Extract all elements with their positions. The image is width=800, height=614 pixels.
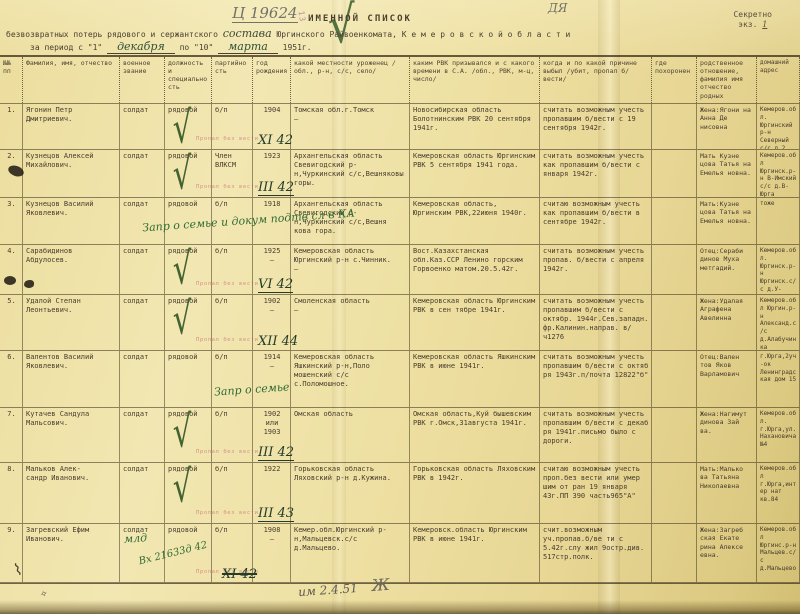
cell-burial <box>652 295 697 350</box>
col-header-birth-year: год рождения <box>253 57 291 103</box>
col-header-burial: где похоронен <box>652 57 697 103</box>
cell-position: рядовой <box>165 408 212 462</box>
col-header-name: Фамилия, имя, отчество <box>23 57 120 103</box>
cell-birth-year: 1914 — <box>253 351 291 407</box>
document-subtitle: безвозвратных потерь рядового и сержантс… <box>6 27 766 40</box>
cell-row-number: 3. <box>0 198 23 244</box>
cell-loss-reason: считать возможным учесть пропавшим б/вес… <box>540 295 652 350</box>
cell-birth-year: 1902 или 1903 <box>253 408 291 462</box>
cell-address: Кемеров.обл. г.Юрга,ул. Нахановича №4 <box>757 408 800 462</box>
cell-name: Кузнецов Алексей Михайлович. <box>23 150 120 197</box>
cell-party: б/п <box>212 295 253 350</box>
table-row: 3. Кузнецов Василий Яковлевич. солдат ря… <box>0 198 800 245</box>
cell-row-number: 8. <box>0 463 23 523</box>
cell-address: тоже <box>757 198 800 244</box>
handwritten-insert: состава <box>223 27 272 40</box>
col-header-number: №№ пп <box>0 57 23 103</box>
ink-scribble: ✧ <box>38 585 49 601</box>
handwritten-month: марта <box>218 40 278 54</box>
cell-drafted-by: Новосибирская область Болотнинским РВК 2… <box>410 104 540 149</box>
cell-address: Кемеров.обл г.Юрга,интер нат кв.84 <box>757 463 800 523</box>
cell-relatives: Мать Кузне цова Татья на Емелья новна. <box>697 150 757 197</box>
cell-drafted-by: Омская область,Куй бышевским РВК г.Омск,… <box>410 408 540 462</box>
document-header: Ц 19624 13 ДЯ √ Секретно экз. 1 ИМЕННОЙ … <box>0 0 800 55</box>
cell-burial <box>652 524 697 582</box>
col-header-drafted-by: каким РВК призывался и с какого времени … <box>410 57 540 103</box>
cell-burial <box>652 198 697 244</box>
cell-loss-reason: считать возможным учесть как пропавшим б… <box>540 150 652 197</box>
cell-drafted-by: Кемеровская область Юргинским РВК в сен … <box>410 295 540 350</box>
cell-birth-year: 1922 <box>253 463 291 523</box>
cell-loss-reason: считать возможным учесть пропавшим б/вес… <box>540 351 652 407</box>
cell-party: б/п <box>212 351 253 407</box>
cell-position: рядовой <box>165 524 212 582</box>
secret-label: Секретно <box>733 10 772 20</box>
cell-address: Кемеров.обл Юргинс.р-н Мальцев.с/с д.Мал… <box>757 524 800 582</box>
cell-name: Валентов Василий Яковлевич. <box>23 351 120 407</box>
cell-birth-year: 1904 <box>253 104 291 149</box>
cell-birthplace: Томская обл.г.Томск — <box>291 104 410 149</box>
cell-address: Кемеров.обл. Юргинский р-н Северный с/с … <box>757 104 800 149</box>
cell-name: Кутачев Сандула Мальсович. <box>23 408 120 462</box>
col-header-relatives: родственное отношение, фамилия имя отчес… <box>697 57 757 103</box>
cell-drafted-by: Вост.Казахстанская обл.Каз.ССР Ленино го… <box>410 245 540 294</box>
cell-drafted-by: Кемеровская область Яшкинским РВК в июне… <box>410 351 540 407</box>
cell-birthplace: Архангельская область Свевигодский р-н,Ч… <box>291 150 410 197</box>
col-header-party: партийность <box>212 57 253 103</box>
cell-row-number: 5. <box>0 295 23 350</box>
period-line: за период с "1" декабря по "10" марта 19… <box>30 40 312 53</box>
cell-position: рядовой <box>165 104 212 149</box>
cell-birthplace: Горьковская область Ляховский р-н д.Кужи… <box>291 463 410 523</box>
cell-position: рядовой <box>165 150 212 197</box>
cell-party: б/п <box>212 104 253 149</box>
cell-position: рядовой <box>165 295 212 350</box>
cell-burial <box>652 150 697 197</box>
cell-position: рядовой <box>165 351 212 407</box>
table-body: 1. Ягонин Петр Дмитриевич. солдат рядово… <box>0 104 800 583</box>
cell-birthplace: Архангельская область Свевигодский р-н,Ч… <box>291 198 410 244</box>
cell-name: Кузнецов Василий Яковлевич. <box>23 198 120 244</box>
cell-rank: солдат <box>120 198 165 244</box>
cell-burial <box>652 408 697 462</box>
cell-loss-reason: считать возможным учесть пропав. б/вести… <box>540 245 652 294</box>
cell-drafted-by: Горьковская область Ляховским РВК в 1942… <box>410 463 540 523</box>
table-row: 1. Ягонин Петр Дмитриевич. солдат рядово… <box>0 104 800 150</box>
cell-address: г.Юрга,2уч-ок Ленинградская дом 15 <box>757 351 800 407</box>
cell-address: Кемеров.обл Юргинск.р-н В-Имский с/с д.В… <box>757 150 800 197</box>
handwritten-month: декабря <box>107 40 175 54</box>
cell-drafted-by: Кемеровск.область Юргинским РВК в июне 1… <box>410 524 540 582</box>
cell-party: Член ВЛКСМ <box>212 150 253 197</box>
cell-birth-year: 1918 <box>253 198 291 244</box>
table-row: 7. Кутачев Сандула Мальсович. солдат ряд… <box>0 408 800 463</box>
col-header-loss-reason: когда и по какой причине выбыл /убит, пр… <box>540 57 652 103</box>
cell-birthplace: Кемеровская область Юргинский р-н с.Чинн… <box>291 245 410 294</box>
cell-address: Кемеров.обл Юргин.р-н Александ.с/с д.Ала… <box>757 295 800 350</box>
table-row: 6. Валентов Василий Яковлевич. солдат ря… <box>0 351 800 408</box>
cell-loss-reason: считать возможным учесть пропавшим б/вес… <box>540 408 652 462</box>
cell-rank: солдат <box>120 463 165 523</box>
table-row: 8. Мальков Алек- сандр Иванович. солдат … <box>0 463 800 524</box>
cell-relatives: Жена:Ягони на Анна Де нисовна <box>697 104 757 149</box>
pencil-initials: ДЯ <box>548 1 567 15</box>
cell-party: б/п <box>212 408 253 462</box>
cell-birth-year: 1908 — <box>253 524 291 582</box>
table-row: 9. Загревский Ефим Иванович. солдат рядо… <box>0 524 800 583</box>
cell-drafted-by: Кемеровская область Юргинским РВК 5 сент… <box>410 150 540 197</box>
cell-row-number: 6. <box>0 351 23 407</box>
scanned-document-page: Ц 19624 13 ДЯ √ Секретно экз. 1 ИМЕННОЙ … <box>0 0 800 614</box>
cell-rank: солдат <box>120 408 165 462</box>
cell-birthplace: Кемеровская область Яшкинский р-н,Поло м… <box>291 351 410 407</box>
cell-birth-year: 1902 — <box>253 295 291 350</box>
cell-name: Мальков Алек- сандр Иванович. <box>23 463 120 523</box>
cell-row-number: 1. <box>0 104 23 149</box>
ink-blot <box>24 280 34 288</box>
cell-birthplace: Кемер.обл.Юргинский р-н,Мальцевск.с/с д.… <box>291 524 410 582</box>
cell-row-number: 4. <box>0 245 23 294</box>
cell-row-number: 7. <box>0 408 23 462</box>
document-title: ИМЕННОЙ СПИСОК <box>0 14 720 24</box>
cell-relatives: Жена:Загреб ская Екате рина Алексе евна. <box>697 524 757 582</box>
cell-loss-reason: считать возможным учесть пропавшим б/вес… <box>540 104 652 149</box>
cell-loss-reason: считаю возможным учесть проп.без вести и… <box>540 463 652 523</box>
table-row: 2. Кузнецов Алексей Михайлович. солдат р… <box>0 150 800 198</box>
table-row: 4. Сарабидинов Абдулосев. солдат рядовой… <box>0 245 800 295</box>
cell-relatives: Отец:Вален тов Яков Варламович <box>697 351 757 407</box>
cell-rank: солдат <box>120 524 165 582</box>
cell-name: Сарабидинов Абдулосев. <box>23 245 120 294</box>
cell-drafted-by: Кемеровская область, Юргинским РВК,22июн… <box>410 198 540 244</box>
col-header-position: должность и специальность <box>165 57 212 103</box>
cell-burial <box>652 104 697 149</box>
cell-party: б/п <box>212 463 253 523</box>
cell-relatives: Отец:Сераби динов Муха метгадий. <box>697 245 757 294</box>
cell-burial <box>652 351 697 407</box>
cell-position: рядовой <box>165 245 212 294</box>
cell-party: б/п <box>212 198 253 244</box>
cell-rank: солдат <box>120 351 165 407</box>
col-header-address: домашний адрес <box>757 57 800 103</box>
cell-rank: солдат <box>120 150 165 197</box>
cell-birth-year: 1925 — <box>253 245 291 294</box>
col-header-rank: военное звание <box>120 57 165 103</box>
cell-birth-year: 1923 <box>253 150 291 197</box>
cell-burial <box>652 245 697 294</box>
ink-blot <box>4 276 16 285</box>
cell-name: Ягонин Петр Дмитриевич. <box>23 104 120 149</box>
cell-birthplace: Смоленская область — <box>291 295 410 350</box>
cell-relatives: Мать:Кузне цова Татья на Емелья новна. <box>697 198 757 244</box>
cell-relatives: Жена:Нагимут динова Зай ва. <box>697 408 757 462</box>
casualty-table: №№ пп Фамилия, имя, отчество военное зва… <box>0 55 800 584</box>
cell-loss-reason: считаю возможным учесть как пропавшим б/… <box>540 198 652 244</box>
cell-relatives: Жена:Удалая Аграфена Авелинна <box>697 295 757 350</box>
cell-name: Удалой Степан Леонтьевич. <box>23 295 120 350</box>
cell-loss-reason: счит.возможным уч.пропав.б/ве ти с 5.42г… <box>540 524 652 582</box>
cell-rank: солдат <box>120 104 165 149</box>
cell-rank: солдат <box>120 295 165 350</box>
cell-birthplace: Омская область <box>291 408 410 462</box>
signature-flourish: Ж <box>371 575 390 595</box>
cell-party: б/п <box>212 524 253 582</box>
cell-party: б/п <box>212 245 253 294</box>
cell-position: рядовой <box>165 198 212 244</box>
cell-position: рядовой <box>165 463 212 523</box>
cell-relatives: Мать:Малько ва Татьяна Николаевна <box>697 463 757 523</box>
table-header-row: №№ пп Фамилия, имя, отчество военное зва… <box>0 57 800 104</box>
cell-name: Загревский Ефим Иванович. <box>23 524 120 582</box>
col-header-birthplace: какой местности уроженец /обл., р-н, с/с… <box>291 57 410 103</box>
cell-address: Кемеров.обл. Юргинск.р-н Юргинск.с/с д.У… <box>757 245 800 294</box>
cell-rank: солдат <box>120 245 165 294</box>
table-row: 5. Удалой Степан Леонтьевич. солдат рядо… <box>0 295 800 351</box>
cell-burial <box>652 463 697 523</box>
